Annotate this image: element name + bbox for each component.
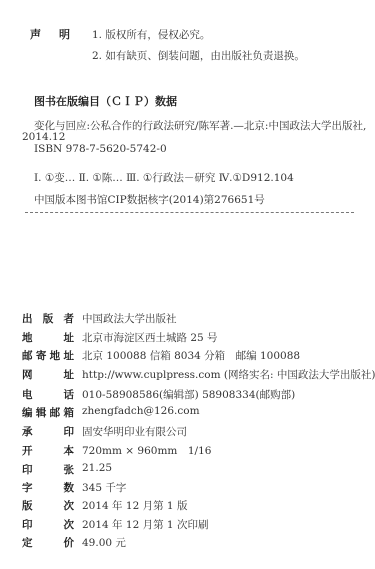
info-label: 字数	[22, 480, 74, 495]
cip-isbn: ISBN 978-7-5620-5742-0	[34, 143, 167, 155]
info-label: 承印	[22, 424, 74, 439]
cip-book-line: 变化与回应:公私合作的行政法研究/陈军著.—北京:中国政法大学出版社,	[34, 118, 366, 133]
declaration-line-2: 2. 如有缺页、倒装问题，由出版社负责退换。	[92, 48, 305, 63]
info-value: 固安华明印业有限公司	[82, 424, 187, 439]
info-value: 010-58908586(编辑部) 58908334(邮购部)	[82, 387, 295, 402]
cip-classification: Ⅰ. ①变… Ⅱ. ①陈… Ⅲ. ①行政法－研究 Ⅳ.①D912.104	[34, 170, 294, 185]
info-value: 2014 年 12 月第 1 版	[82, 498, 187, 513]
declaration-label-char: 明	[59, 28, 70, 41]
cip-title: 图书在版编目（ＣＩＰ）数据	[34, 93, 177, 109]
declaration-label: 声明	[30, 26, 70, 42]
email-link[interactable]: zhengfadch@126.com	[82, 405, 200, 417]
info-label: 印次	[22, 517, 74, 532]
cip-number: 中国版本图书馆CIP数据核字(2014)第276651号	[34, 192, 265, 207]
info-value: 2014 年 12 月第 1 次印刷	[82, 517, 208, 532]
info-label: 地址	[22, 330, 74, 345]
info-value: 345 千字	[82, 480, 126, 495]
info-label: 邮寄地址	[22, 348, 74, 363]
info-label: 电话	[22, 387, 74, 402]
info-value: 北京 100088 信箱 8034 分箱 邮编 100088	[82, 348, 300, 363]
declaration-line-1: 1. 版权所有，侵权必究。	[92, 27, 210, 42]
info-label: 定价	[22, 535, 74, 550]
info-label: 出版者	[22, 311, 74, 326]
dashed-divider	[25, 212, 354, 213]
website-link[interactable]: http://www.cuplpress.com (网络实名: 中国政法大学出版…	[82, 367, 375, 382]
info-value: 720mm × 960mm 1/16	[82, 443, 211, 458]
cip-date: 2014.12	[22, 131, 65, 143]
info-label: 编辑邮箱	[22, 405, 74, 420]
info-label: 印张	[22, 462, 74, 477]
info-value: 21.25	[82, 462, 112, 474]
info-value: 中国政法大学出版社	[82, 311, 177, 326]
info-label: 开本	[22, 443, 74, 458]
declaration-label-char: 声	[30, 28, 41, 41]
info-value: 49.00 元	[82, 535, 126, 550]
info-value: 北京市海淀区西土城路 25 号	[82, 330, 218, 345]
info-label: 版次	[22, 498, 74, 513]
info-label: 网址	[22, 367, 74, 382]
